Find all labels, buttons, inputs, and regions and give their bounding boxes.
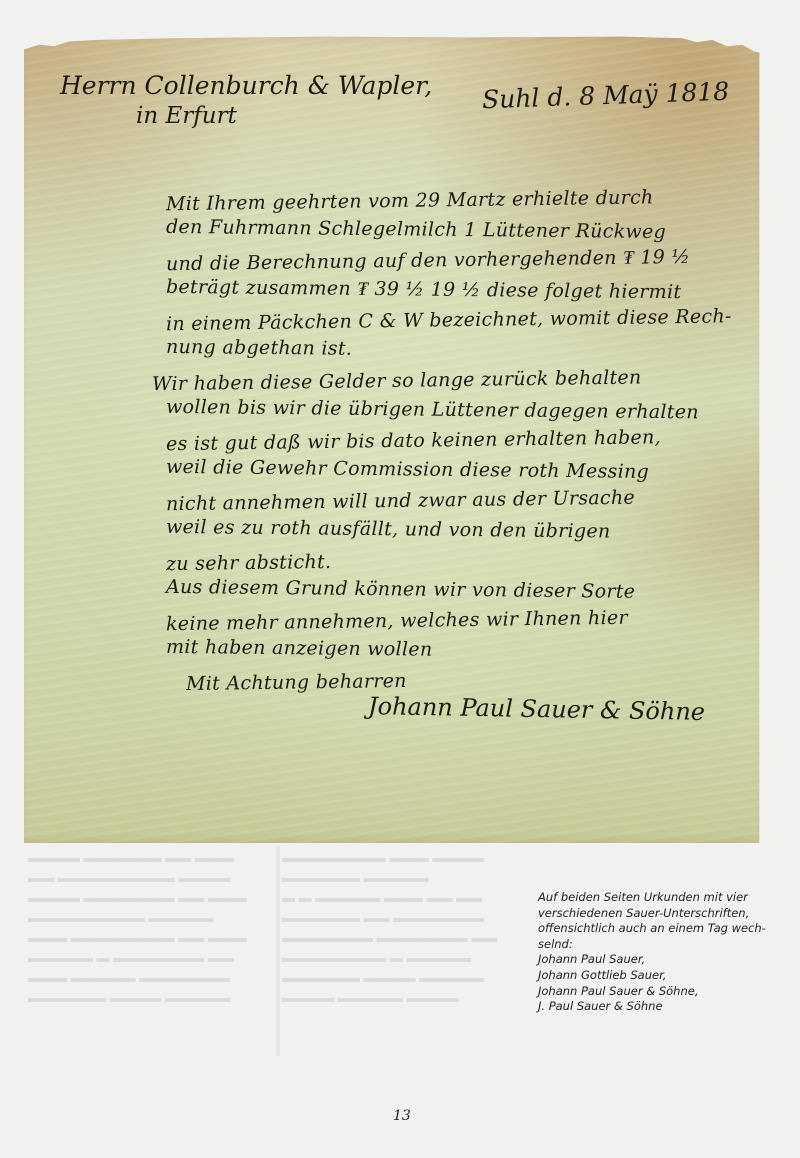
caption-line: J. Paul Sauer & Söhne — [538, 999, 788, 1015]
addressee-line-2: in Erfurt — [60, 101, 432, 131]
show-through-divider — [276, 846, 280, 1056]
caption-line: offensichtlich auch an einem Tag wech- — [538, 921, 788, 937]
caption-line: selnd: — [538, 937, 788, 953]
show-through-text-left: ▬▬▬▬ ▬▬▬▬▬▬ ▬▬ ▬▬▬▬▬ ▬▬▬▬▬▬▬▬▬ ▬▬▬▬▬▬▬▬ … — [28, 848, 268, 1038]
caption-line: Johann Gottlieb Sauer, — [538, 968, 788, 984]
show-through-text-right: ▬▬▬▬▬▬▬▬ ▬▬▬ ▬▬▬▬▬▬▬▬▬▬ ▬▬▬▬▬▬ ▬ ▬▬▬▬▬ ▬… — [282, 848, 512, 1038]
letter-addressee: Herrn Collenburch & Wapler, in Erfurt — [60, 71, 432, 131]
letter-dateline: Suhl d. 8 Maÿ 1818 — [482, 77, 730, 115]
image-caption: Auf beiden Seiten Urkunden mit vier vers… — [538, 890, 788, 1015]
caption-line: Johann Paul Sauer & Söhne, — [538, 984, 788, 1000]
caption-line: verschiedenen Sauer-Unterschriften, — [538, 906, 788, 922]
addressee-line-1: Herrn Collenburch & Wapler, — [60, 71, 432, 100]
letter-body: Mit Ihrem geehrten vom 29 Martz erhielte… — [166, 185, 766, 695]
historic-letter-photo: Herrn Collenburch & Wapler, in Erfurt Su… — [24, 35, 772, 843]
caption-line: Auf beiden Seiten Urkunden mit vier — [538, 890, 788, 906]
page-number: 13 — [393, 1108, 411, 1124]
letter-signature: Johann Paul Sauer & Söhne — [368, 692, 705, 726]
caption-line: Johann Paul Sauer, — [538, 952, 788, 968]
